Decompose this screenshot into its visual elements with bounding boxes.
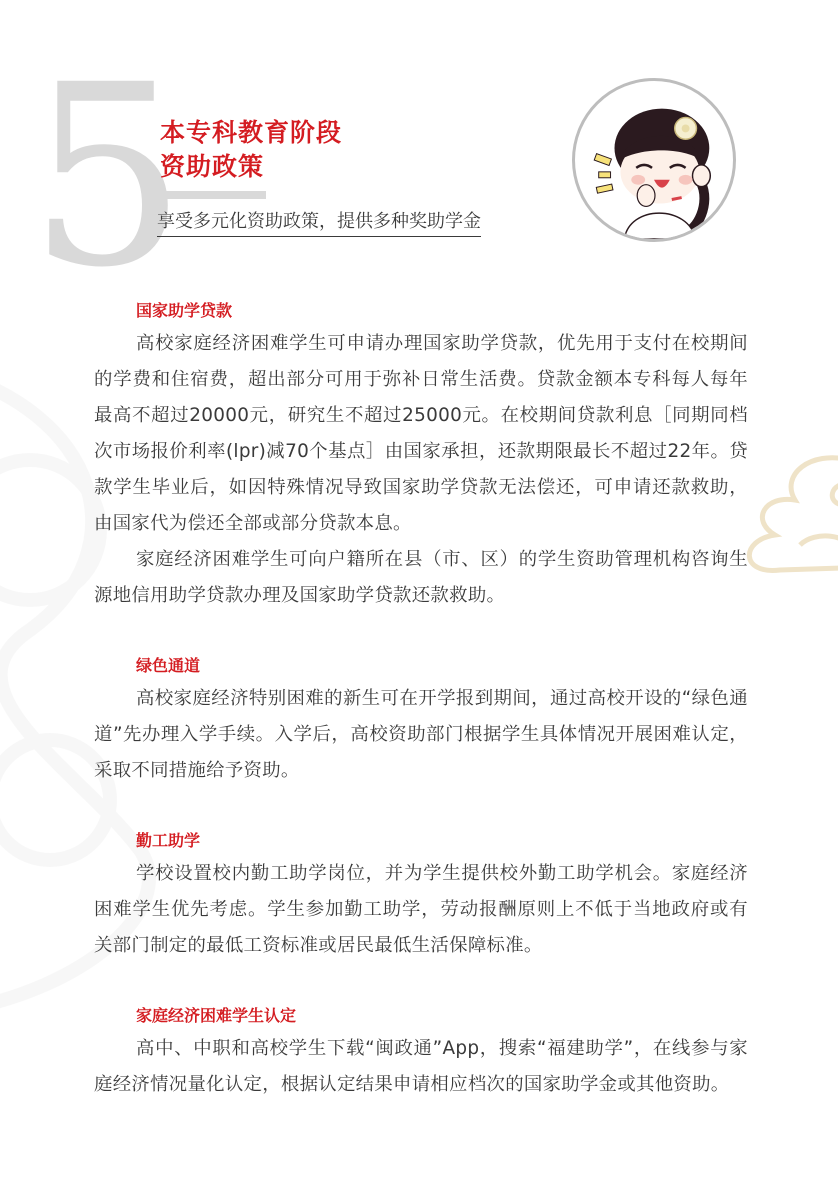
title-line-1: 本专科教育阶段 [160, 116, 342, 150]
cartoon-girl-avatar-icon [575, 81, 733, 239]
section-green-channel: 绿色通道 高校家庭经济特别困难的新生可在开学报到期间，通过高校开设的“绿色通道”… [94, 651, 748, 789]
title-line-2: 资助政策 [160, 150, 342, 184]
page-subtitle: 享受多元化资助政策，提供多种奖助学金 [157, 209, 481, 237]
avatar [572, 78, 736, 242]
section-national-student-loan: 国家助学贷款 高校家庭经济困难学生可申请办理国家助学贷款，优先用于支付在校期间的… [94, 296, 748, 614]
paragraph: 高校家庭经济困难学生可申请办理国家助学贷款，优先用于支付在校期间的学费和住宿费，… [94, 326, 748, 542]
paragraph: 家庭经济困难学生可向户籍所在县（市、区）的学生资助管理机构咨询生源地信用助学贷款… [94, 542, 748, 614]
paragraph: 高校家庭经济特别困难的新生可在开学报到期间，通过高校开设的“绿色通道”先办理入学… [94, 681, 748, 789]
section-heading: 国家助学贷款 [94, 296, 748, 326]
title-divider-bar [161, 191, 266, 199]
page-title: 本专科教育阶段 资助政策 [160, 116, 342, 184]
decorative-cloud-icon [740, 450, 838, 590]
section-financial-hardship-certification: 家庭经济困难学生认定 高中、中职和高校学生下载“闽政通”App，搜索“福建助学”… [94, 1001, 748, 1103]
content-body: 国家助学贷款 高校家庭经济困难学生可申请办理国家助学贷款，优先用于支付在校期间的… [94, 296, 748, 1140]
paragraph: 学校设置校内勤工助学岗位，并为学生提供校外勤工助学机会。家庭经济困难学生优先考虑… [94, 856, 748, 964]
paragraph: 高中、中职和高校学生下载“闽政通”App，搜索“福建助学”，在线参与家庭经济情况… [94, 1031, 748, 1103]
section-heading: 家庭经济困难学生认定 [94, 1001, 748, 1031]
section-heading: 绿色通道 [94, 651, 748, 681]
section-work-study: 勤工助学 学校设置校内勤工助学岗位，并为学生提供校外勤工助学机会。家庭经济困难学… [94, 826, 748, 964]
section-heading: 勤工助学 [94, 826, 748, 856]
